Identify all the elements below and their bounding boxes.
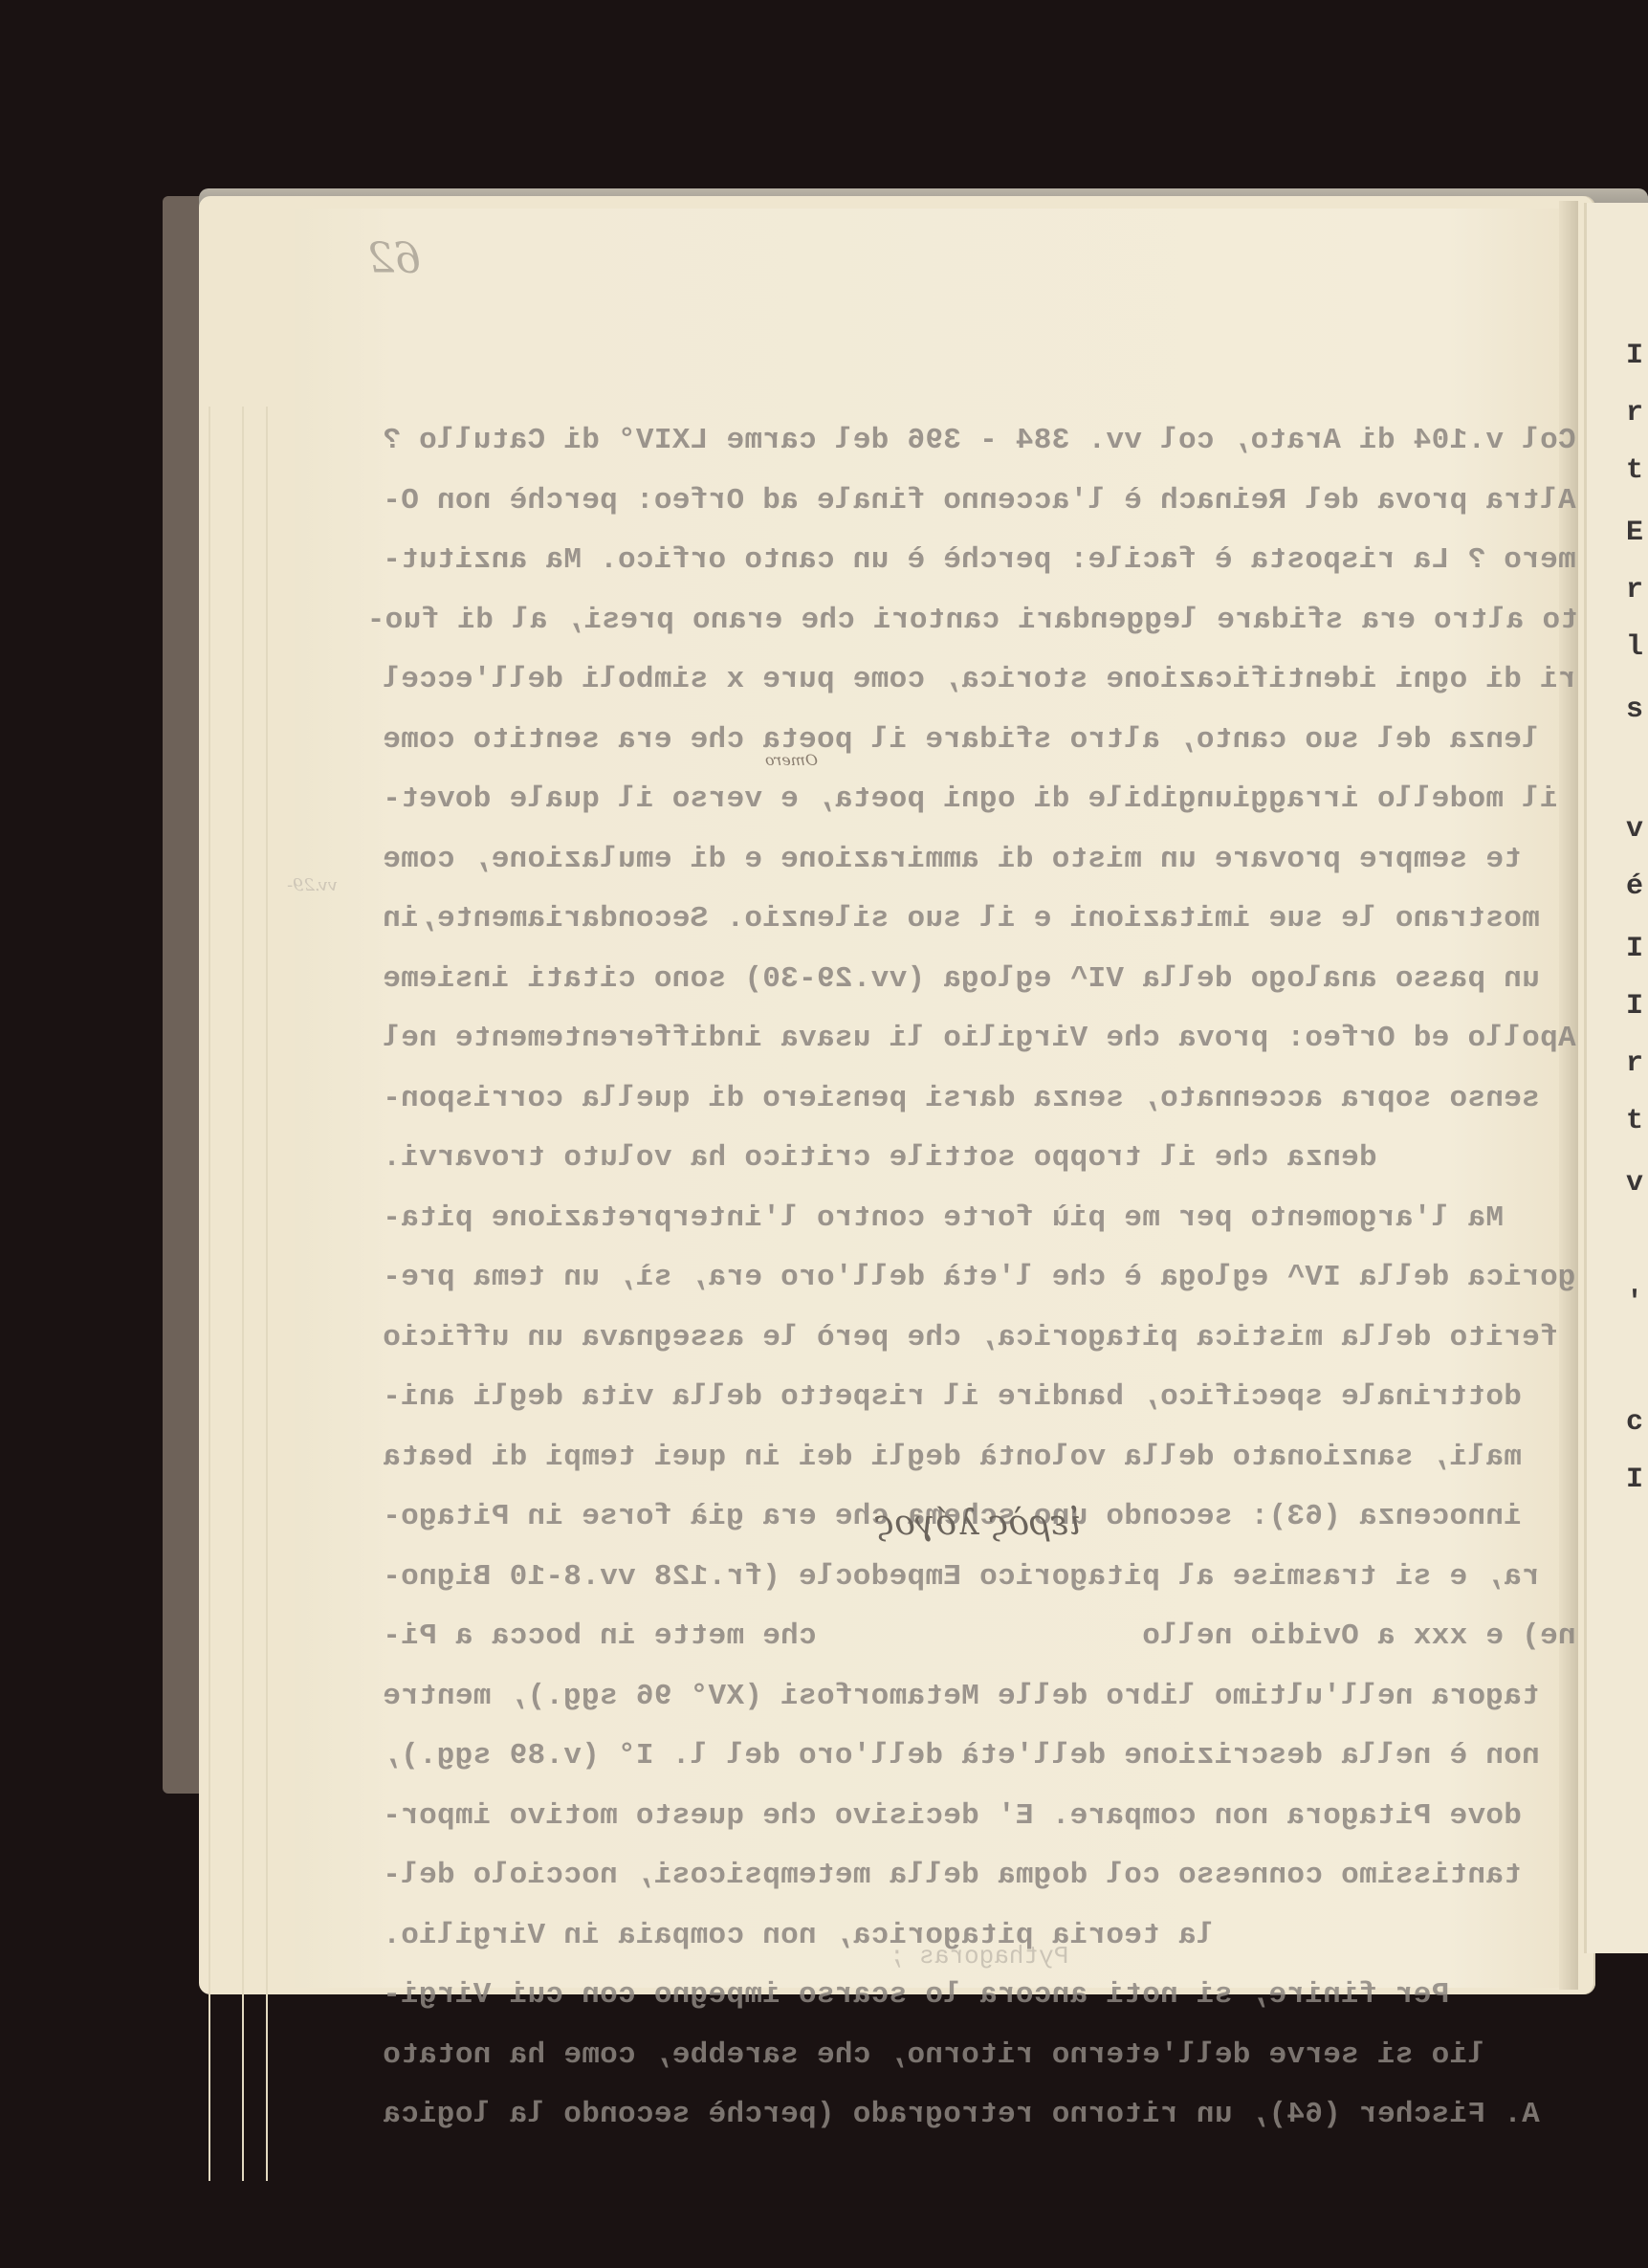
handwritten-greek-insert: ἱερὸς λόγος <box>875 1504 1082 1543</box>
faint-bottom-text: Pythagoras ; <box>890 1942 1068 1971</box>
facing-page-char: l <box>1626 631 1643 664</box>
facing-page-char: r <box>1626 1047 1643 1080</box>
text-line: to altro era sfidare leggendari cantori … <box>383 591 1578 651</box>
facing-page-char: I <box>1626 933 1643 965</box>
text-line: senso sopra accennato, senza darsi pensi… <box>383 1069 1578 1130</box>
text-line: ferito della mistica pitagorica, che per… <box>383 1309 1578 1369</box>
text-line: denza che il troppo sottile critico ha v… <box>383 1129 1578 1189</box>
facing-page-char: t <box>1626 454 1643 487</box>
typewritten-text-block: Col v.104 di Arato, col vv. 384 - 396 de… <box>383 411 1578 2146</box>
text-line: tantissimo connesso col dogma della mete… <box>383 1846 1578 1906</box>
facing-page-char: I <box>1626 990 1643 1023</box>
facing-page-char: ' <box>1626 1287 1643 1319</box>
text-line: ra, e si trasmise al pitagorico Empedocl… <box>383 1548 1578 1608</box>
page-stack-layer <box>209 407 210 2181</box>
facing-page-char: é <box>1626 870 1643 903</box>
text-line: mero ? La risposta è facile: perchè è un… <box>383 531 1578 591</box>
facing-page-char: v <box>1626 813 1643 846</box>
text-line: dove Pitagora non compare. E' decisivo c… <box>383 1787 1578 1847</box>
text-line: tagora nell'ultimo libro delle Metamorfo… <box>383 1667 1578 1728</box>
handwritten-note: vv.29- <box>287 875 338 895</box>
facing-page-char: r <box>1626 574 1643 606</box>
text-line: dottrinale specifico, bandire il rispett… <box>383 1368 1578 1428</box>
text-line: mostrano le sue imitazioni e il suo sile… <box>383 890 1578 950</box>
text-line: lio si serve dell'eterno ritorno, che sa… <box>383 2026 1578 2086</box>
text-line: Apollo ed Orfeo: prova che Virgilio li u… <box>383 1009 1578 1069</box>
text-line: Altra prova del Reinach è l'accenno fina… <box>383 472 1578 532</box>
text-line: A. Fischer (64), un ritorno retrogrado (… <box>383 2085 1578 2146</box>
facing-page-char: s <box>1626 694 1643 726</box>
facing-page-char: I <box>1626 340 1643 372</box>
text-line: ri di ogni identificazione storica, come… <box>383 650 1578 711</box>
text-line: Col v.104 di Arato, col vv. 384 - 396 de… <box>383 411 1578 472</box>
text-line: ne) e xxx a Ovidio nello che mette in bo… <box>383 1607 1578 1667</box>
page-number: 62 <box>363 234 421 292</box>
text-line: un passo analogo della VI^ egloga (vv.29… <box>383 950 1578 1010</box>
facing-page-char: c <box>1626 1406 1643 1439</box>
text-line: mali, sanzionato della volontà degli dei… <box>383 1428 1578 1488</box>
facing-page-char: r <box>1626 397 1643 429</box>
facing-page-char: I <box>1626 1464 1643 1496</box>
text-line: gorica della IV^ egloga è che l'età dell… <box>383 1248 1578 1309</box>
text-line: lenza del suo canto, altro sfidare il po… <box>383 711 1578 771</box>
page-stack-layer <box>266 407 268 2181</box>
facing-page-char: t <box>1626 1105 1643 1137</box>
text-line: il modello irraggiungibile di ogni poeta… <box>383 770 1578 830</box>
text-line: te sempre provare un misto di ammirazion… <box>383 830 1578 891</box>
text-line: non è nella descrizione dell'età dell'or… <box>383 1727 1578 1787</box>
text-line: Per finire, si noti ancora lo scarso imp… <box>383 1966 1578 2026</box>
handwritten-note: Omero <box>765 751 818 769</box>
facing-page-char: v <box>1626 1167 1643 1200</box>
text-line: Ma l'argomento per me più forte contro l… <box>383 1189 1578 1249</box>
facing-page-char: E <box>1626 517 1643 549</box>
page-stack-layer <box>242 407 244 2181</box>
